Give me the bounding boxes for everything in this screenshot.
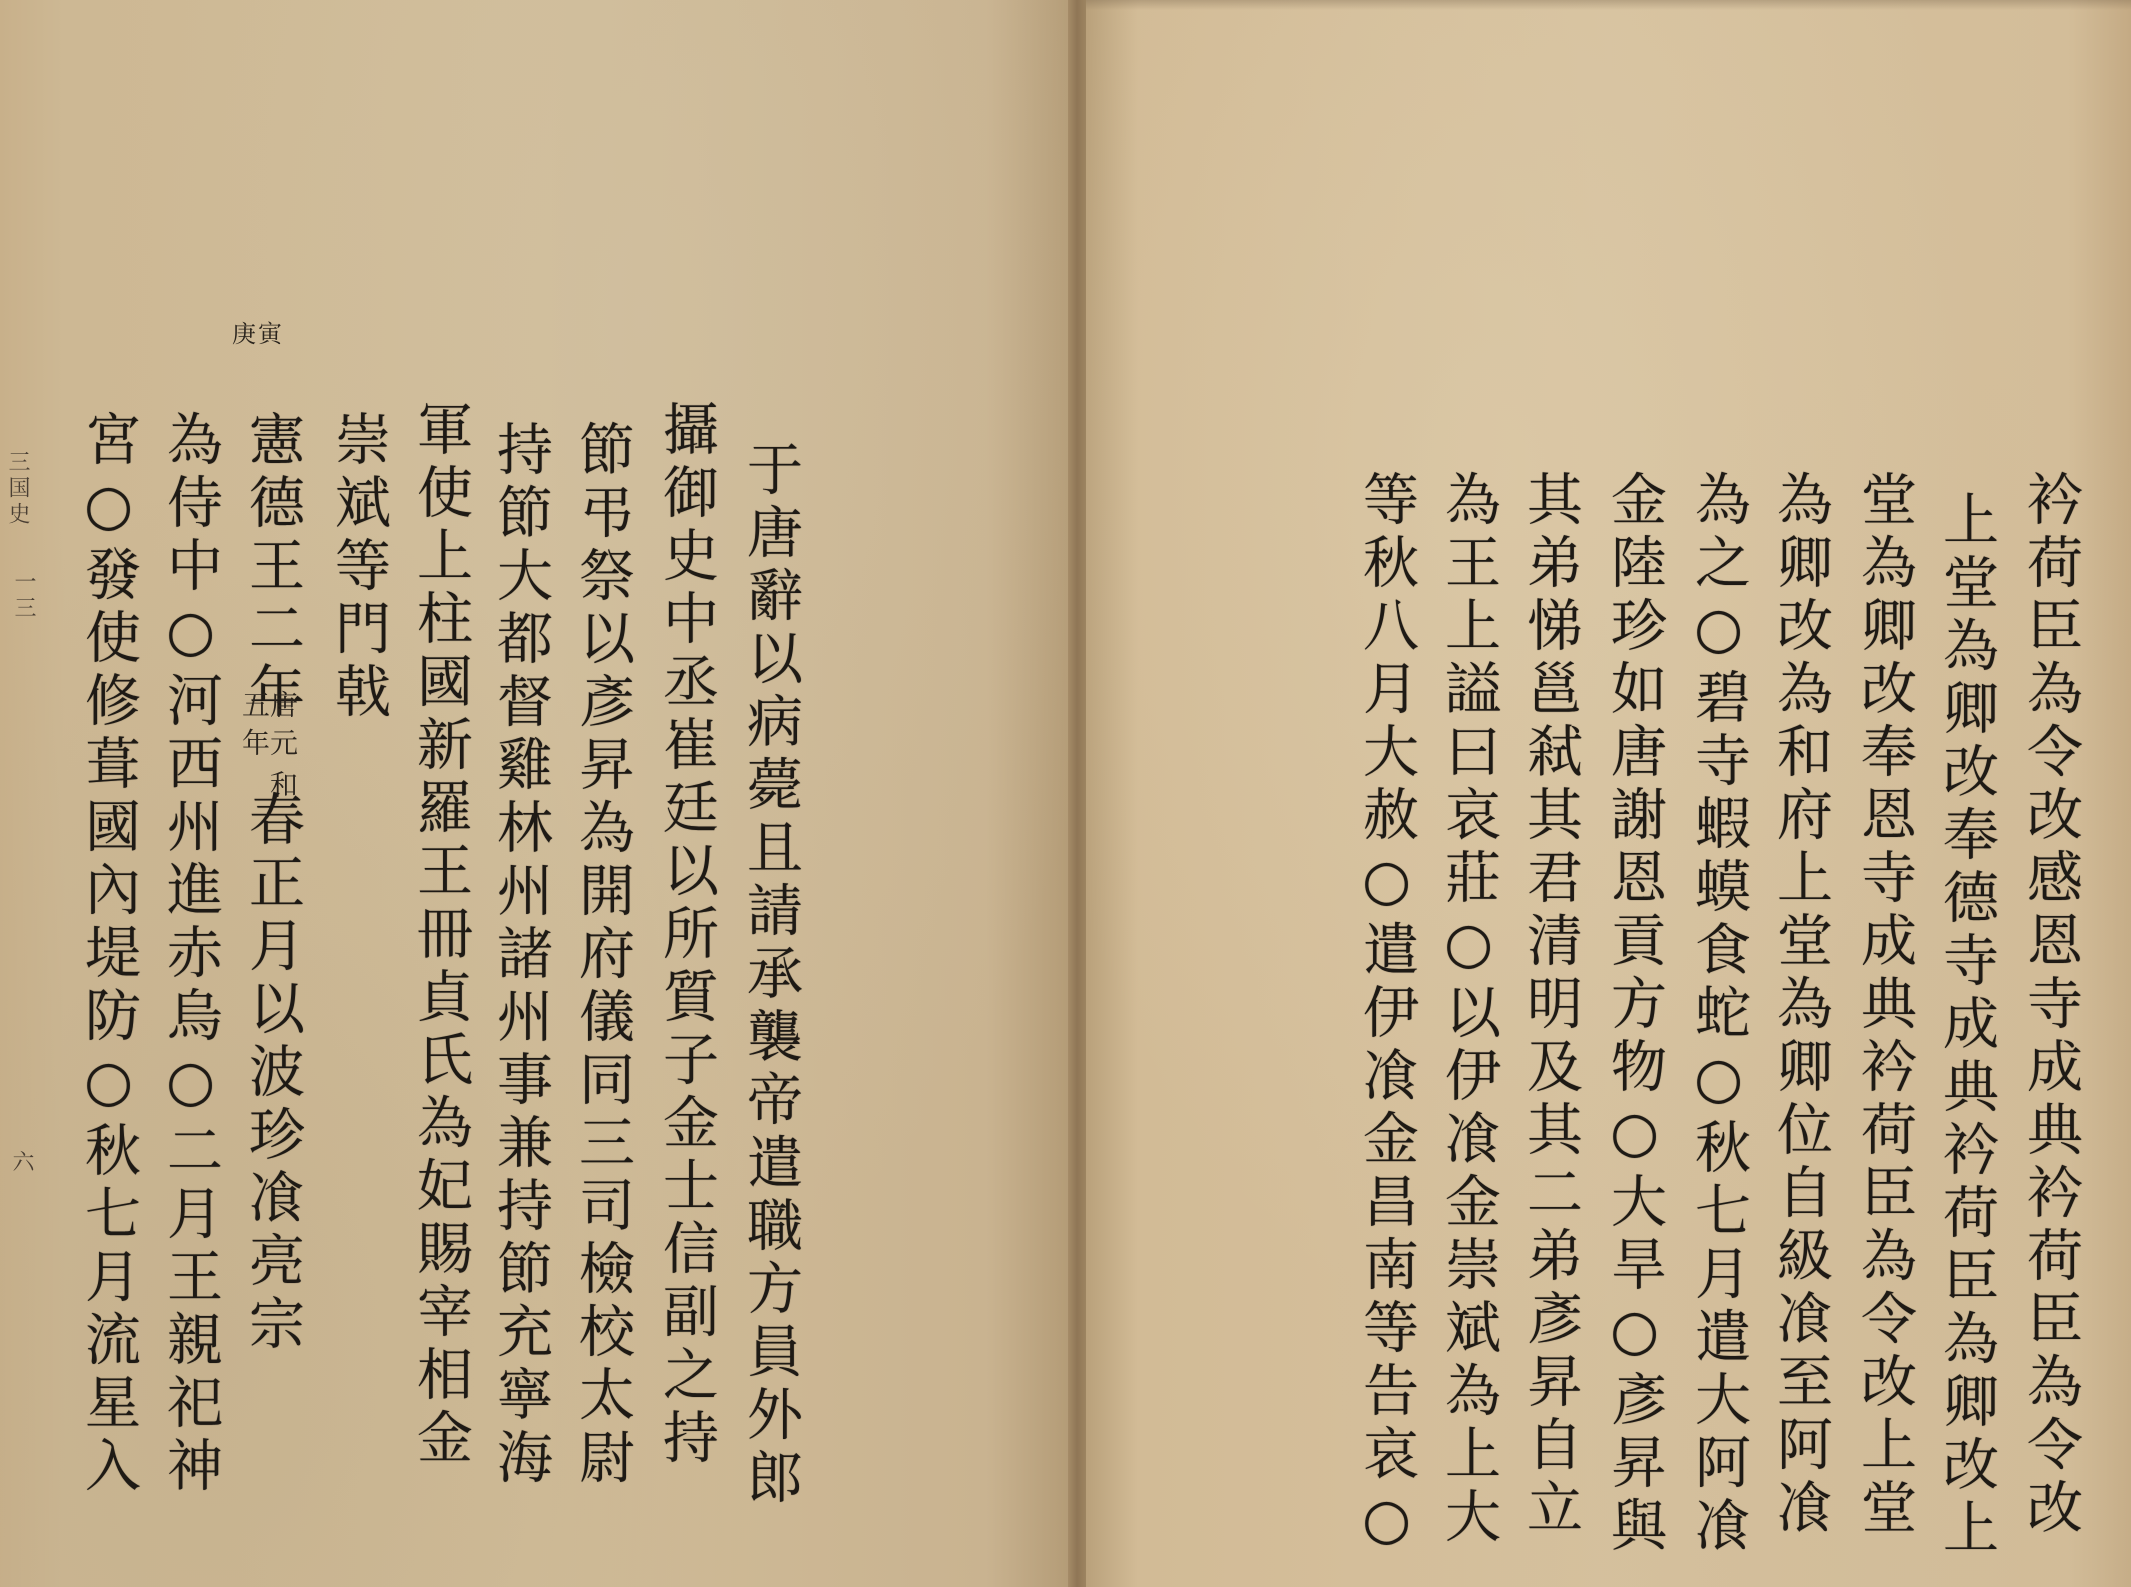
text-column-3: 節弔祭以彥昇為開府儀同三司檢校太尉 <box>574 420 630 1491</box>
book-gutter <box>1068 0 1088 1587</box>
margin-volume: 一三 <box>12 570 34 622</box>
book-spread: 三国史 一三 六 庚寅 于唐辭以病薨且請承襲帝遣職方員外郎 攝御史中丞崔廷以所質… <box>0 0 2131 1587</box>
text-column-6: 崇斌等門戟 <box>330 410 386 725</box>
text-column-7-head: 憲德王二年 <box>244 410 300 725</box>
right-page: 衿荷臣為令改感恩寺成典衿荷臣為令改 上堂為卿改奉德寺成典衿荷臣為卿改上 堂為卿改… <box>1086 0 2131 1587</box>
interlinear-note-right: 唐元 <box>268 690 296 766</box>
text-column-7-cont: 春正月以波珍飡亮宗 <box>244 790 300 1357</box>
interlinear-note-left: 五年 <box>240 690 268 766</box>
text-column-2: 攝御史中丞崔廷以所質子金士信副之持 <box>658 400 714 1471</box>
text-column-8: 為王上謚曰哀莊○以伊飡金崇斌為上大 <box>1440 470 1496 1550</box>
text-column-4: 持節大都督雞林州諸州事兼持節充寧海 <box>492 420 548 1491</box>
text-column-9: 宮○發使修葺國內堤防○秋七月流星入 <box>80 410 136 1499</box>
text-column-5: 為之○碧寺蝦蟆食蛇○秋七月遣大阿飡 <box>1690 470 1746 1559</box>
text-column-4: 為卿改為和府上堂為卿位自級飡至阿飡 <box>1772 470 1828 1541</box>
text-column-3: 堂為卿改奉恩寺成典衿荷臣為令改上堂 <box>1856 470 1912 1541</box>
page-top-edge <box>1086 0 2131 10</box>
text-column-1: 于唐辭以病薨且請承襲帝遣職方員外郎 <box>742 440 798 1511</box>
text-column-7: 其弟悌邕弒其君清明及其二弟彥昇自立 <box>1522 470 1578 1541</box>
text-column-2: 上堂為卿改奉德寺成典衿荷臣為卿改上 <box>1938 490 1994 1561</box>
left-page: 三国史 一三 六 庚寅 于唐辭以病薨且請承襲帝遣職方員外郎 攝御史中丞崔廷以所質… <box>0 0 1072 1587</box>
margin-page-number: 六 <box>10 1150 32 1176</box>
text-column-8: 為侍中○河西州進赤烏○二月王親祀神 <box>162 410 218 1499</box>
text-column-5: 軍使上柱國新羅王冊貞氏為妃賜宰相金 <box>412 400 468 1471</box>
text-column-6: 金陸珍如唐謝恩貢方物○大旱○彥昇與 <box>1606 470 1662 1559</box>
margin-book-title: 三国史 <box>6 450 28 528</box>
text-column-9: 等秋八月大赦○遣伊飡金昌南等告哀○ <box>1358 470 1414 1559</box>
year-heading: 庚寅 <box>232 322 284 346</box>
text-column-1: 衿荷臣為令改感恩寺成典衿荷臣為令改 <box>2022 470 2078 1541</box>
